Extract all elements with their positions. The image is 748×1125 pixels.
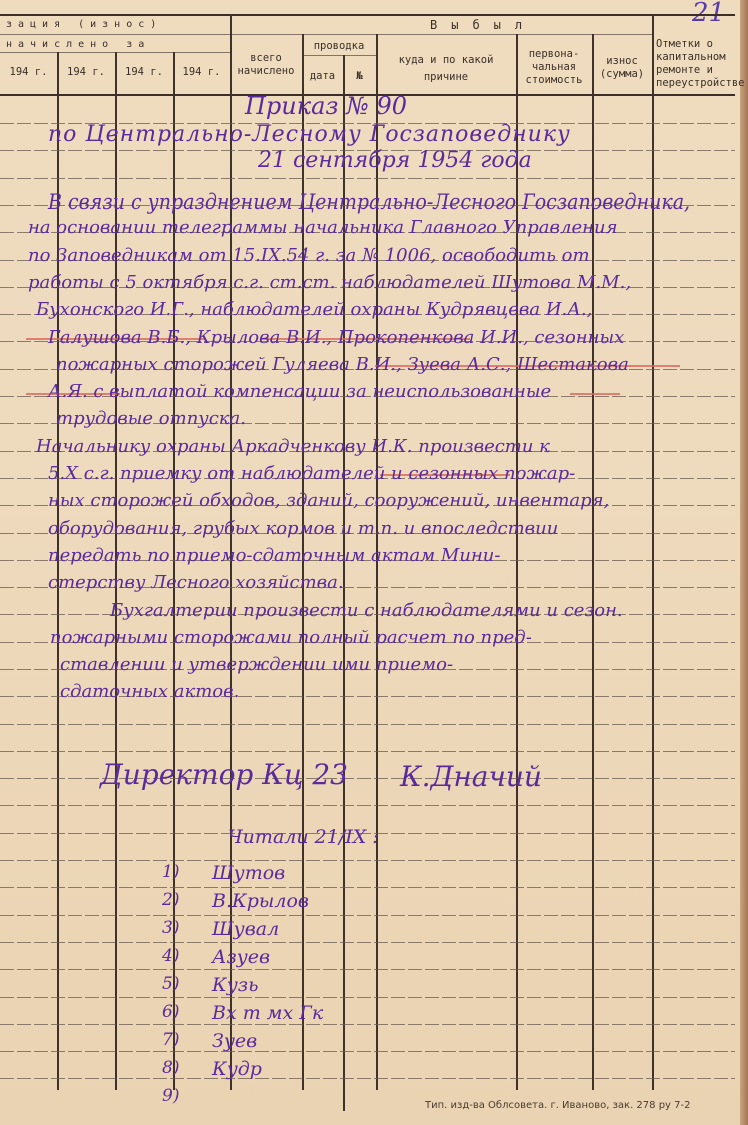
signer-number: 2) [162, 890, 179, 910]
row-rule [0, 1024, 735, 1025]
order-subtitle: по Центрально-Лесному Госзаповеднику [48, 122, 571, 147]
body-line: оборудования, грубых кормов и т.п. и впо… [48, 518, 680, 539]
row-rule [0, 997, 735, 998]
header-posting-date: дата [302, 70, 343, 83]
header-total-accrued: всего начислено [232, 52, 300, 78]
header-initial-cost: первона-чальная стоимость [518, 48, 590, 87]
header-accrued-for: начислено за [6, 38, 226, 51]
row-rule [0, 751, 735, 752]
header-year-2: 194 г. [57, 66, 115, 79]
header-year-3: 194 г. [115, 66, 173, 79]
row-rule [0, 724, 735, 725]
signer-number: 4) [162, 946, 179, 966]
signer-signature: Кузь [212, 974, 258, 996]
row-rule [0, 969, 735, 970]
body-line: 5.X с.г. приемку от наблюдателей и сезон… [48, 463, 680, 484]
header-top-rule [0, 14, 735, 16]
body-line: по Заповедникам от 15.IX.54 г. за № 1006… [28, 245, 690, 266]
signer-number: 8) [162, 1058, 179, 1078]
column-rule-major [652, 14, 654, 96]
signer-number: 7) [162, 1030, 179, 1050]
signer-number: 5) [162, 974, 179, 994]
header-wear-sum: износ (сумма) [593, 55, 651, 81]
signer-number: 3) [162, 918, 179, 938]
director-label: Директор Кц 23 [100, 758, 348, 791]
body-line: А.Я. с выплатой компенсации за неиспольз… [48, 381, 690, 402]
row-rule [0, 860, 735, 861]
body-line: ных сторожей обходов, зданий, сооружений… [48, 490, 680, 511]
header-sub-rule [0, 34, 302, 35]
header-sub-rule-2 [302, 34, 652, 35]
signer-number: 9) [162, 1086, 179, 1106]
row-rule [0, 915, 735, 916]
header-year-4: 194 г. [173, 66, 230, 79]
header-posting-no: № [343, 70, 376, 83]
header-remarks: Отметки о капитальном ремонте и переустр… [656, 38, 738, 90]
header-depreciation: зация (износ) [6, 18, 226, 31]
body-line: Бухонского И.Г., наблюдателей охраны Куд… [36, 299, 690, 320]
header-year-1: 194 г. [0, 66, 57, 79]
order-title: Приказ № 90 [245, 92, 407, 120]
body-line: работы с 5 октября с.г. ст.ст. наблюдате… [28, 272, 690, 293]
signer-signature: Зуев [212, 1030, 257, 1052]
header-retired: Выбыл [430, 19, 630, 32]
director-signature: К.Дначий [400, 760, 542, 793]
row-rule [0, 942, 735, 943]
order-date: 21 сентября 1954 года [258, 148, 532, 173]
body-line: на основании телеграммы начальника Главн… [28, 217, 690, 238]
body-line: пожарными сторожами полный расчет по пре… [50, 627, 680, 648]
signer-number: 1) [162, 862, 179, 882]
header-posting: проводка [302, 40, 376, 53]
signer-signature: Шутов [212, 862, 285, 884]
body-line: ставлении и утверждении ими приемо- [60, 654, 680, 675]
body-line: стерству Лесного хозяйства. [48, 572, 680, 593]
body-line: Начальнику охраны Аркадченкову И.К. прои… [36, 436, 680, 457]
printer-imprint: Тип. изд-ва Облсовета. г. Иваново, зак. … [425, 1100, 690, 1111]
row-rule [0, 1078, 735, 1079]
body-line: передать по приемо-сдаточным актам Мини- [48, 545, 680, 566]
body-line: Бухгалтерии произвести с наблюдателями и… [110, 600, 680, 621]
body-line: Галушова В.Б., Крылова В.И., Прокопенков… [48, 327, 690, 348]
body-line: В связи с упразднением Центрально-Лесног… [48, 190, 629, 214]
signer-signature: Кудр [212, 1058, 262, 1080]
page-edge [740, 0, 748, 1125]
signer-signature: В.Крылов [212, 890, 309, 912]
body-line: трудовые отпуска. [56, 408, 690, 429]
row-rule [0, 887, 735, 888]
body-line: пожарных сторожей Гуляева В.И., Зуева А.… [56, 354, 690, 375]
signer-signature: Азуев [212, 946, 270, 968]
posting-rule [302, 55, 376, 56]
header-where-why: куда и по какой причине [380, 52, 512, 86]
acknowledged-label: Читали 21/IX : [228, 826, 379, 848]
signer-number: 6) [162, 1002, 179, 1022]
row-rule [0, 805, 735, 806]
body-line: сдаточных актов. [60, 681, 680, 702]
row-rule [0, 1051, 735, 1052]
row-rule [0, 178, 735, 179]
signer-signature: Вх т мх Гк [212, 1002, 323, 1024]
signer-signature: Шувал [212, 918, 279, 940]
column-rule-major [230, 14, 232, 96]
